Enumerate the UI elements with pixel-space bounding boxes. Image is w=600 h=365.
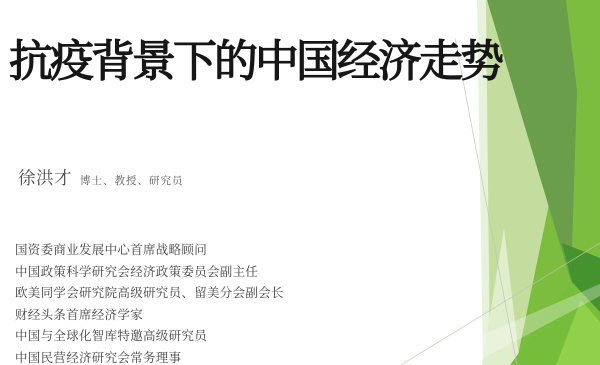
slide-canvas: 抗疫背景下的中国经济走势 徐洪才 博士、教授、研究员 国资委商业发展中心首席战略… <box>0 0 600 365</box>
author-titles: 博士、教授、研究员 <box>80 173 184 188</box>
slide-title: 抗疫背景下的中国经济走势 <box>9 36 501 88</box>
credential-line: 中国与全球化智库特邀高级研究员 <box>15 326 284 348</box>
credentials-list: 国资委商业发展中心首席战略顾问 中国政策科学研究会经济政策委员会副主任 欧美同学… <box>15 240 284 365</box>
credential-line: 财经头条首席经济学家 <box>15 305 284 327</box>
credential-line: 国资委商业发展中心首席战略顾问 <box>15 240 284 262</box>
credential-line: 欧美同学会研究院高级研究员、留美分会副会长 <box>15 283 284 305</box>
author-name: 徐洪才 <box>18 165 72 190</box>
credential-line: 中国政策科学研究会经济政策委员会副主任 <box>15 262 284 284</box>
author-row: 徐洪才 博士、教授、研究员 <box>18 165 184 190</box>
credential-line: 中国民营经济研究会常务理事 <box>15 348 284 365</box>
